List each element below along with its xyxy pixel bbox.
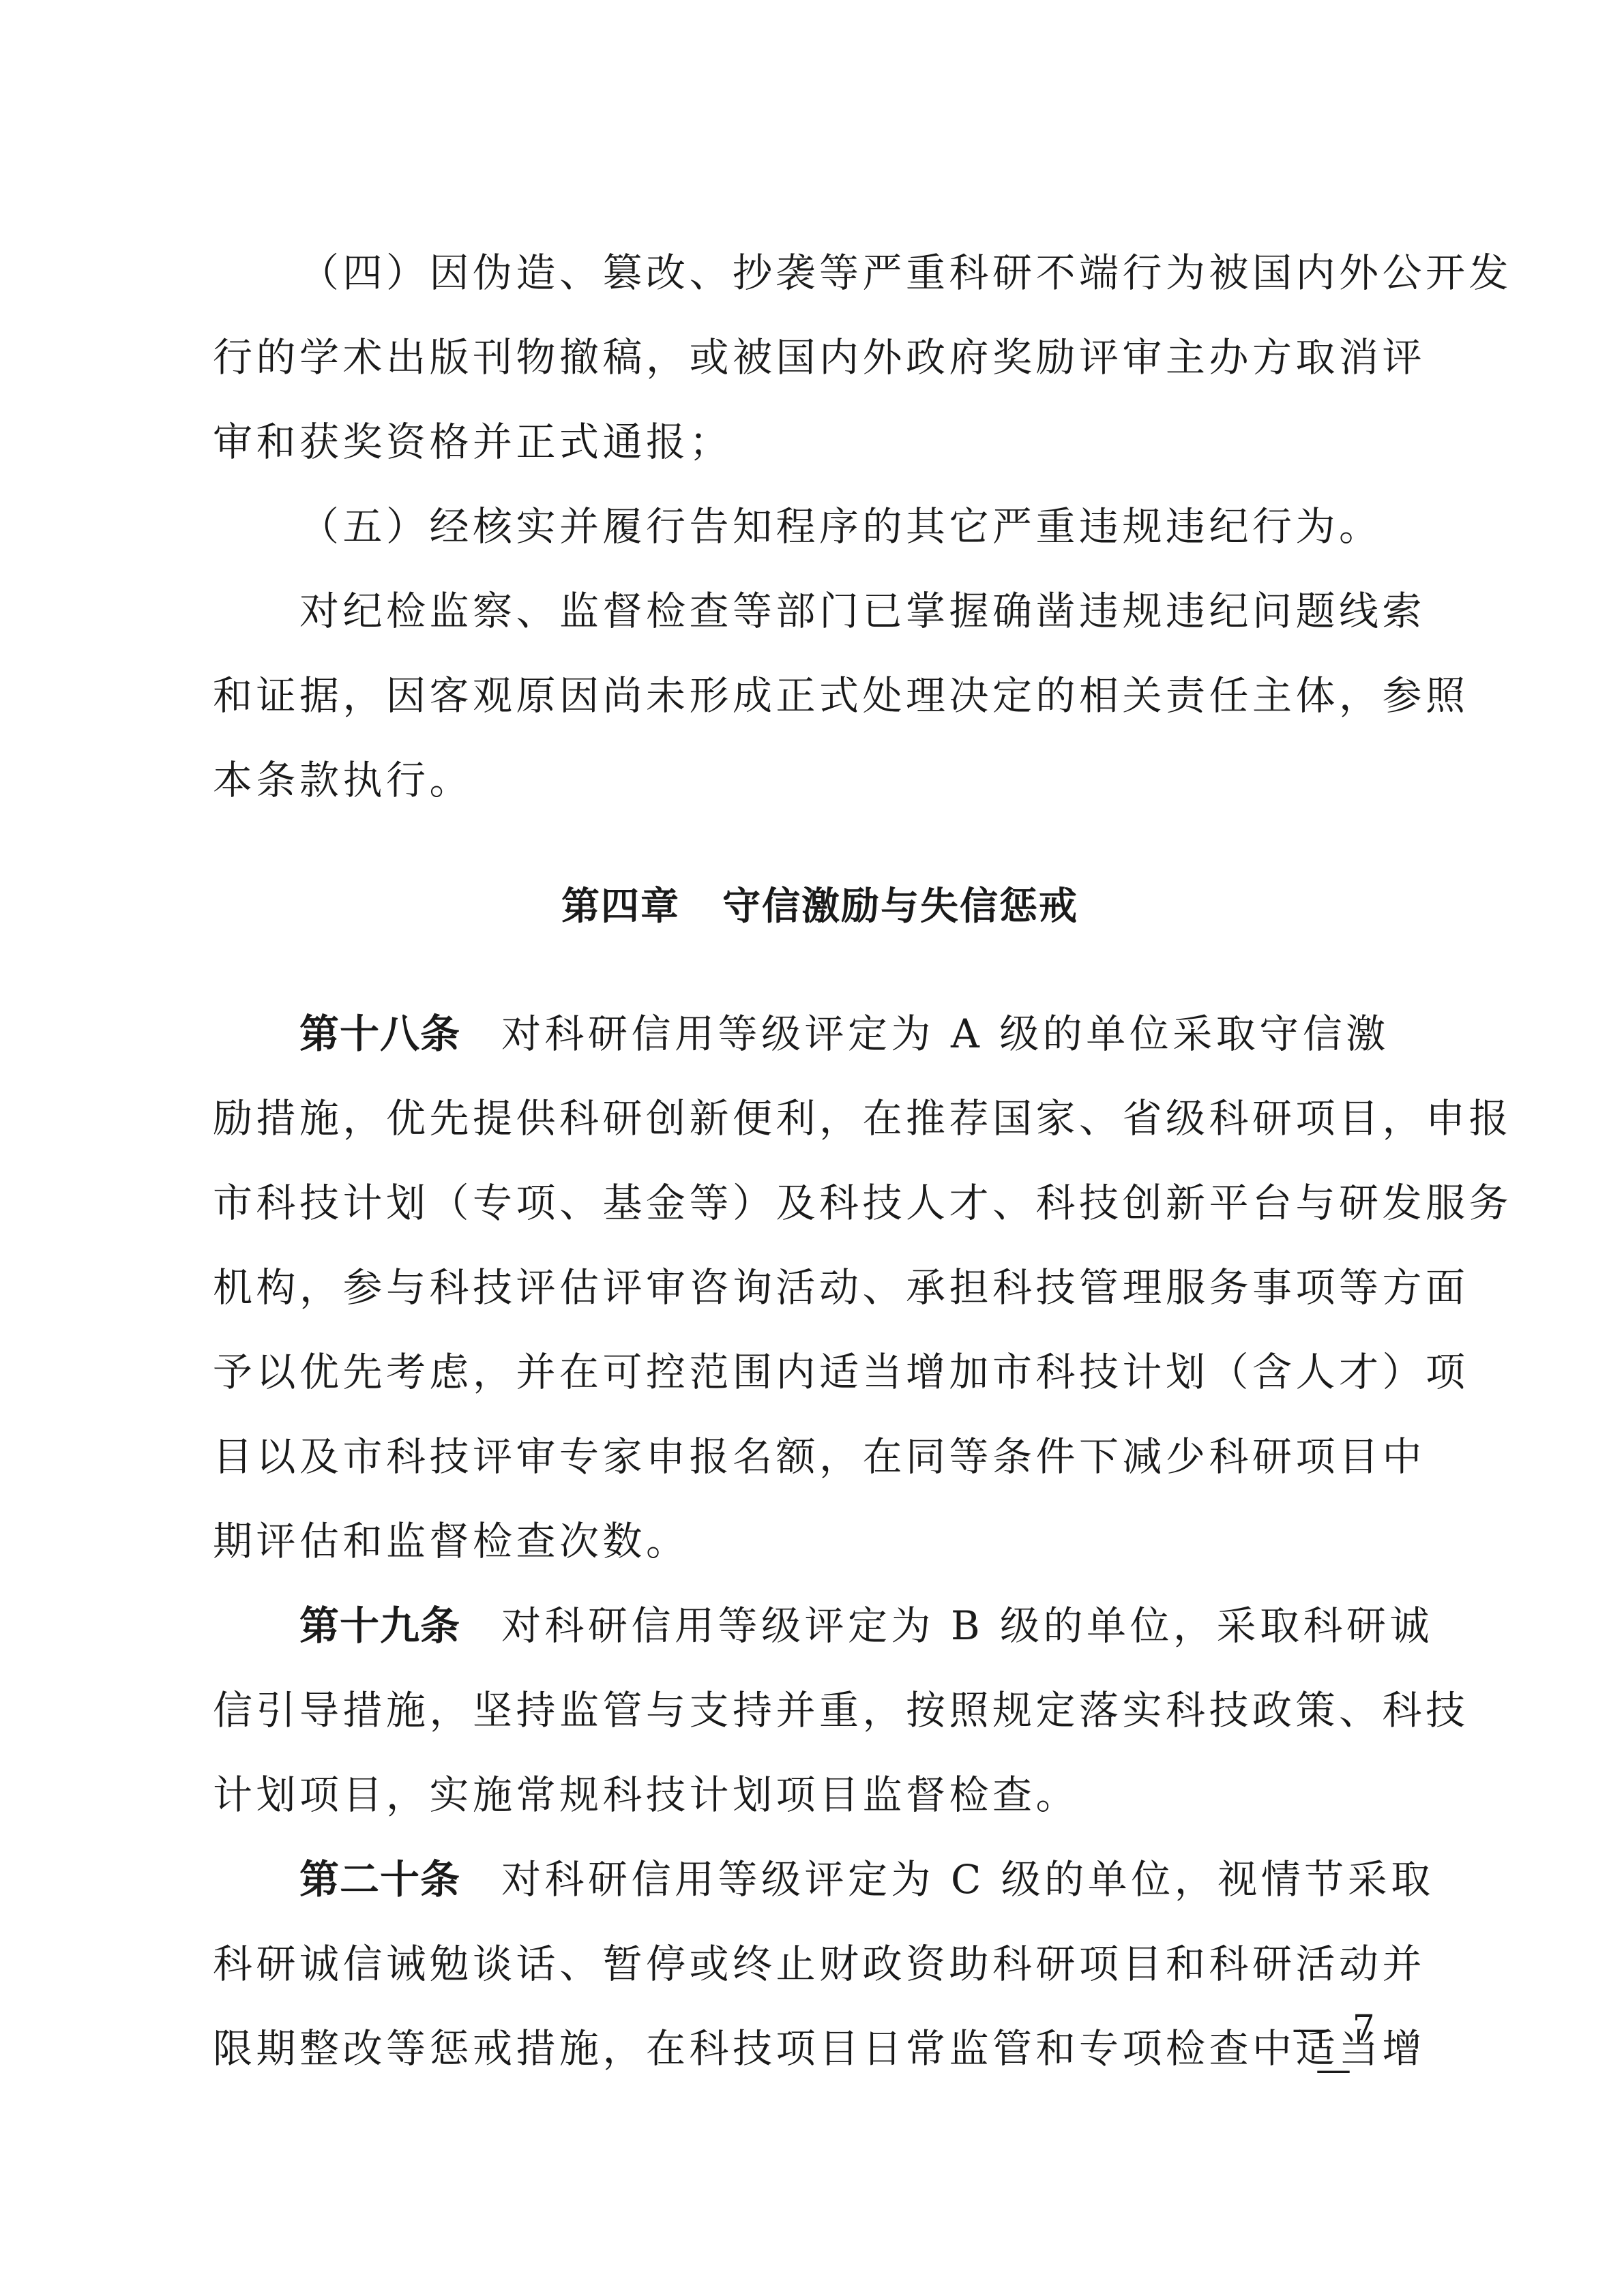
chapter-title: 守信激励与失信惩戒 xyxy=(722,884,1078,929)
text-line: （五）经核实并履行告知程序的其它严重违规违纪行为。 xyxy=(213,484,1427,569)
article-label: 第十九条 xyxy=(299,1602,460,1649)
document-body: （四）因伪造、篡改、抄袭等严重科研不端行为被国内外公开发 行的学术出版刊物撤稿，… xyxy=(213,230,1427,2091)
list-item-5: （五）经核实并履行告知程序的其它严重违规违纪行为。 xyxy=(213,484,1427,569)
text-line: 机构，参与科技评估评审咨询活动、承担科技管理服务事项等方面 xyxy=(213,1245,1427,1330)
text-line: 本条款执行。 xyxy=(213,738,1427,822)
chapter-heading: 第四章守信激励与失信惩戒 xyxy=(213,865,1427,949)
text-line: 第十九条对科研信用等级评定为 B 级的单位，采取科研诚 xyxy=(213,1583,1427,1668)
text-line: 限期整改等惩戒措施，在科技项目日常监管和专项检查中适当增 xyxy=(213,2006,1427,2091)
text-line: 励措施，优先提供科研创新便利，在推荐国家、省级科研项目，申报 xyxy=(213,1076,1427,1161)
article-18: 第十八条对科研信用等级评定为 A 级的单位采取守信激 励措施，优先提供科研创新便… xyxy=(213,992,1427,1583)
text-line: 审和获奖资格并正式通报； xyxy=(213,400,1427,484)
article-label: 第十八条 xyxy=(299,1011,460,1057)
text-line: 和证据，因客观原因尚未形成正式处理决定的相关责任主体，参照 xyxy=(213,653,1427,738)
article-label: 第二十条 xyxy=(299,1856,460,1903)
text-line: 第二十条对科研信用等级评定为 C 级的单位，视情节采取 xyxy=(213,1837,1427,1922)
article-text: 对科研信用等级评定为 B 级的单位，采取科研诚 xyxy=(501,1602,1433,1649)
text-line: 期评估和监督检查次数。 xyxy=(213,1499,1427,1583)
article-text: 对科研信用等级评定为 C 级的单位，视情节采取 xyxy=(501,1856,1434,1903)
text-line: 对纪检监察、监督检查等部门已掌握确凿违规违纪问题线索 xyxy=(213,569,1427,653)
article-19: 第十九条对科研信用等级评定为 B 级的单位，采取科研诚 信引导措施，坚持监管与支… xyxy=(213,1583,1427,1837)
article-text: 对科研信用等级评定为 A 级的单位采取守信激 xyxy=(501,1011,1389,1057)
text-line: 市科技计划（专项、基金等）及科技人才、科技创新平台与研发服务 xyxy=(213,1161,1427,1245)
text-line: 科研诚信诫勉谈话、暂停或终止财政资助科研项目和科研活动并 xyxy=(213,1922,1427,2006)
list-item-4: （四）因伪造、篡改、抄袭等严重科研不端行为被国内外公开发 行的学术出版刊物撤稿，… xyxy=(213,230,1427,484)
text-line: 予以优先考虑，并在可控范围内适当增加市科技计划（含人才）项 xyxy=(213,1330,1427,1414)
chapter-number: 第四章 xyxy=(561,884,680,929)
article-20: 第二十条对科研信用等级评定为 C 级的单位，视情节采取 科研诚信诫勉谈话、暂停或… xyxy=(213,1837,1427,2091)
text-line: 计划项目，实施常规科技计划项目监督检查。 xyxy=(213,1753,1427,1837)
text-line: 目以及市科技评审专家申报名额，在同等条件下减少科研项目中 xyxy=(213,1414,1427,1499)
text-line: 第十八条对科研信用等级评定为 A 级的单位采取守信激 xyxy=(213,992,1427,1076)
text-line: 行的学术出版刊物撤稿，或被国内外政府奖励评审主办方取消评 xyxy=(213,315,1427,400)
text-line: （四）因伪造、篡改、抄袭等严重科研不端行为被国内外公开发 xyxy=(213,230,1427,315)
document-page: （四）因伪造、篡改、抄袭等严重科研不端行为被国内外公开发 行的学术出版刊物撤稿，… xyxy=(0,0,1624,2296)
text-line: 信引导措施，坚持监管与支持并重，按照规定落实科技政策、科技 xyxy=(213,1668,1427,1753)
page-number: — 7 — xyxy=(1269,2008,1405,2090)
supplementary-paragraph: 对纪检监察、监督检查等部门已掌握确凿违规违纪问题线索 和证据，因客观原因尚未形成… xyxy=(213,569,1427,822)
